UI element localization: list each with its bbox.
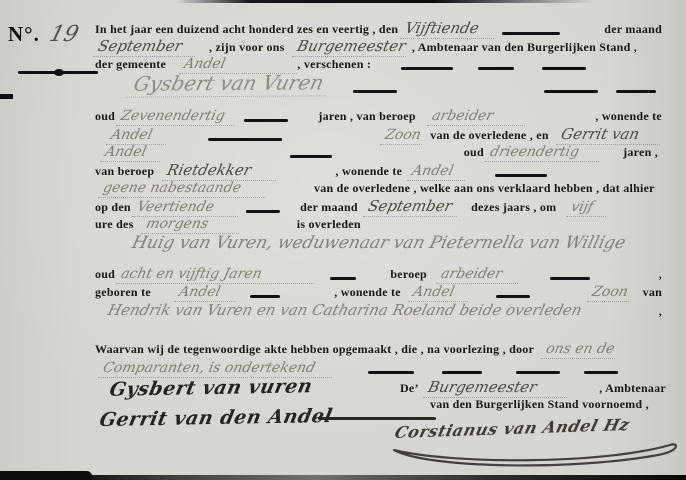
handwritten-name: Hendrik van Vuren en van Catharina Roela… [102,302,588,320]
printed-text: der maand [604,23,662,37]
printed-text: , zijn voor ons [209,41,288,55]
handwritten-entry: morgens [141,216,243,234]
dash-line [250,295,280,298]
dash-line [495,174,547,177]
dash-line [542,67,586,70]
printed-text: , [659,305,662,319]
printed-text: jaren , [623,146,658,160]
document-line: De’ Burgemeester, Ambtenaar [400,379,666,398]
margin-dash-mark [0,94,13,99]
printed-text: van beroep [95,165,158,179]
dash-line [208,138,282,141]
handwritten-entry: September [363,198,461,217]
handwritten-entry: Burgemeester [423,379,571,398]
printed-text: Waarvan wij de tegenwoordige akte hebben… [95,343,537,357]
scanned-death-record: N°. 19 In het jaar een duizend acht hond… [0,0,686,480]
document-line: Comparanten, is ondertekend [100,360,662,378]
scan-edge-bottom [0,475,686,480]
handwritten-entry: arbeider [427,108,529,126]
printed-text: , wonende te [336,165,406,179]
handwritten-entry: Gerrit van [556,126,664,145]
document-line: AndelZoonvan de overledene , en Gerrit v… [108,126,662,145]
document-line: Corstianus van Andel Hz [396,420,662,438]
act-number-flourish [18,71,98,74]
printed-text: oud [95,268,118,282]
dash-line [502,32,560,35]
dash-line [401,67,453,70]
printed-text: ure des [95,218,137,232]
handwritten-entry: ons en de [541,341,619,359]
printed-text: geboren te [95,286,154,300]
printed-text: van de overledene , welke aan ons verkla… [314,182,655,196]
handwritten-entry: Veertiende [132,199,242,217]
printed-text: , wonende te [595,110,662,124]
dash-line [550,277,590,280]
document-line: Gysbert van Vuren [128,72,662,97]
document-line: September, zijn voor ons Burgemeester, A… [95,38,662,57]
handwritten-entry: Rietdekker [161,162,279,181]
dash-line [244,119,288,122]
printed-text: , Ambtenaar van den Burgerlijken Stand , [412,41,637,55]
document-line: Hendrik van Vuren en van Catharina Roela… [104,302,662,320]
dash-line [246,210,280,213]
dash-line [616,90,656,93]
dash-line [584,371,618,374]
document-line: oud Zevenendertigjaren , van beroep arbe… [95,108,662,126]
document-line: oud acht en vijftig Jarenberoep arbeider… [95,266,662,284]
handwritten-entry: geene nabestaande [98,180,270,198]
handwritten-entry: Vijftiende [399,20,497,39]
printed-text: is overleden [297,218,361,232]
document-line: ure des morgensis overleden [95,216,662,234]
dash-line [544,90,598,93]
printed-text: oud [464,146,487,160]
document-line: geene nabestaandevan de overledene , wel… [100,180,662,198]
act-number-label: N°. [8,22,40,47]
handwritten-entry: Burgemeester [292,38,411,57]
handwritten-entry: September [93,38,199,57]
printed-text: van den Burgerlijken Stand voornoemd , [430,398,649,412]
printed-text: van [643,286,662,300]
handwritten-entry: Andel [100,144,164,162]
document-line: geboren te Andel, wonende te AndelZoonva… [95,284,662,302]
document-line: Huig van Vuren, weduwenaar van Pieternel… [128,234,662,255]
dash-line [496,295,530,298]
document-line: op den Veertiendeder maand Septemberdeze… [95,198,662,217]
scan-corner-bottom-left [0,471,92,480]
handwritten-entry: Zevenendertig [116,108,238,126]
handwritten-entry: vijf [566,199,610,217]
signature: Gerrit van den Andel [97,406,334,432]
handwritten-entry: drieendertig [485,144,603,162]
dash-line [442,371,482,374]
act-number-block: N°. 19 [8,22,78,47]
printed-text: In het jaar een duizend acht honderd zes… [95,23,402,37]
printed-text: beroep [390,268,430,282]
scan-edge-top [175,0,595,3]
handwritten-entry: arbeider [436,266,522,284]
dash-line [478,67,514,70]
printed-text: der maand [300,201,361,215]
handwritten-entry: Andel [174,284,240,302]
printed-text: , Ambtenaar [599,382,666,396]
dash-line [290,155,332,158]
dash-line [368,371,414,374]
handwritten-entry: Andel [408,284,472,302]
signature: Gysbert van vuren [108,376,315,401]
handwritten-entry: Zoon [587,284,633,302]
printed-text: der gemeente [95,58,169,72]
dash-line [516,371,560,374]
printed-text: jaren , van beroep [318,110,419,124]
document-line: van den Burgerlijken Stand voornoemd , [430,398,666,412]
printed-text: , [659,268,662,282]
official-signature-flourish [390,438,682,468]
printed-text: op den [95,201,134,215]
printed-text: , wonende te [334,286,404,300]
document-line: van beroep Rietdekker, wonende te Andel [95,162,662,181]
act-number-value: 19 [46,22,81,47]
printed-text: oud [95,110,118,124]
handwritten-entry: Andel [407,163,469,181]
handwritten-entry: Zoon [380,127,426,145]
document-line: Waarvan wij de tegenwoordige akte hebben… [95,341,662,359]
document-line: Andeloud drieendertigjaren , [102,144,662,162]
printed-text: dezes jaars , om [471,201,560,215]
handwritten-name: Gysbert van Vuren [125,71,332,97]
handwritten-name: Huig van Vuren, weduwenaar van Pieternel… [125,234,631,255]
printed-text: van de overledene , en [430,129,552,143]
dash-line [353,90,397,93]
printed-text: De’ [400,382,421,396]
handwritten-entry: Andel [106,127,170,145]
dash-line [330,277,356,280]
handwritten-entry: acht en vijftig Jaren [116,266,318,284]
